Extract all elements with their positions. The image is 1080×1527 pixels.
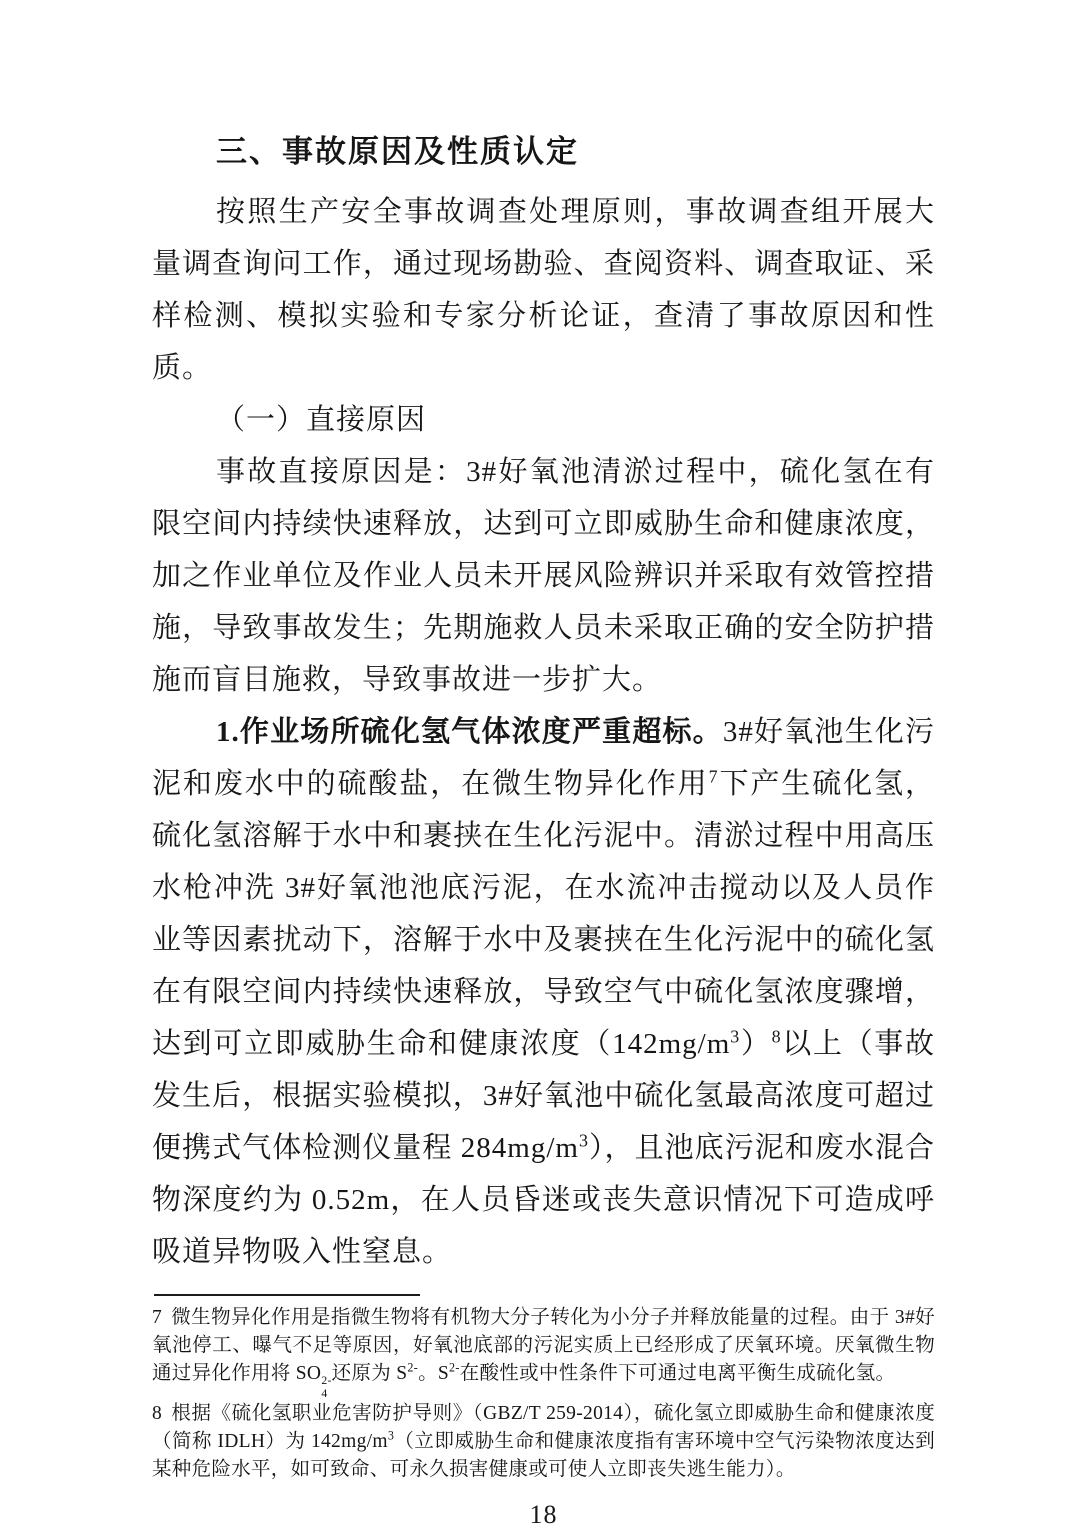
text-segment: 还原为 S (332, 1363, 408, 1384)
text-segment: ） (740, 1028, 771, 1060)
footnotes: 7微生物异化作用是指微生物将有机物大分子转化为小分子并释放能量的过程。由于 3#… (152, 1304, 935, 1484)
subsection-heading-direct-cause: （一）直接原因 (152, 394, 935, 446)
footnote-separator (154, 1294, 420, 1296)
section-heading: 三、事故原因及性质认定 (152, 126, 935, 178)
paragraph-h2s-concentration: 1.作业场所硫化氢气体浓度严重超标。3#好氧池生化污泥和废水中的硫酸盐，在微生物… (152, 706, 935, 1278)
footnote-ref-7: 7 (709, 766, 719, 786)
footnote-7-marker: 7 (152, 1307, 162, 1328)
chem-sulfate-charge: 2-4 (321, 1375, 331, 1400)
chem-superscript: 2- (321, 1375, 331, 1387)
superscript-cubed: 3 (730, 1026, 740, 1046)
footnote-8: 8根据《硫化氢职业危害防护导则》（GBZ/T 259-2014），硫化氢立即威胁… (152, 1400, 935, 1484)
text-segment: 。S (418, 1363, 449, 1384)
text-segment: 在酸性或中性条件下可通过电离平衡生成硫化氢。 (460, 1363, 896, 1384)
text-segment: 下产生硫化氢，硫化氢溶解于水中和裹挟在生化污泥中。清淤过程中用高压水枪冲洗 3#… (152, 768, 935, 1060)
footnote-7: 7微生物异化作用是指微生物将有机物大分子转化为小分子并释放能量的过程。由于 3#… (152, 1304, 935, 1400)
footnote-ref-8: 8 (772, 1026, 782, 1046)
paragraph-direct-cause: 事故直接原因是：3#好氧池清淤过程中，硫化氢在有限空间内持续快速释放，达到可立即… (152, 446, 935, 706)
bold-lead-point-1: 1.作业场所硫化氢气体浓度严重超标。 (216, 716, 723, 748)
chem-sulfide-charge: 2- (449, 1361, 460, 1375)
chem-sulfide-charge: 2- (407, 1361, 418, 1375)
chem-subscript: 4 (321, 1388, 327, 1400)
page-number: 18 (152, 1500, 935, 1527)
footnote-8-marker: 8 (152, 1403, 162, 1424)
document-page: 三、事故原因及性质认定 按照生产安全事故调查处理原则，事故调查组开展大量调查询问… (0, 0, 1080, 1527)
paragraph-investigation-intro: 按照生产安全事故调查处理原则，事故调查组开展大量调查询问工作，通过现场勘验、查阅… (152, 186, 935, 394)
superscript-cubed: 3 (579, 1130, 589, 1150)
